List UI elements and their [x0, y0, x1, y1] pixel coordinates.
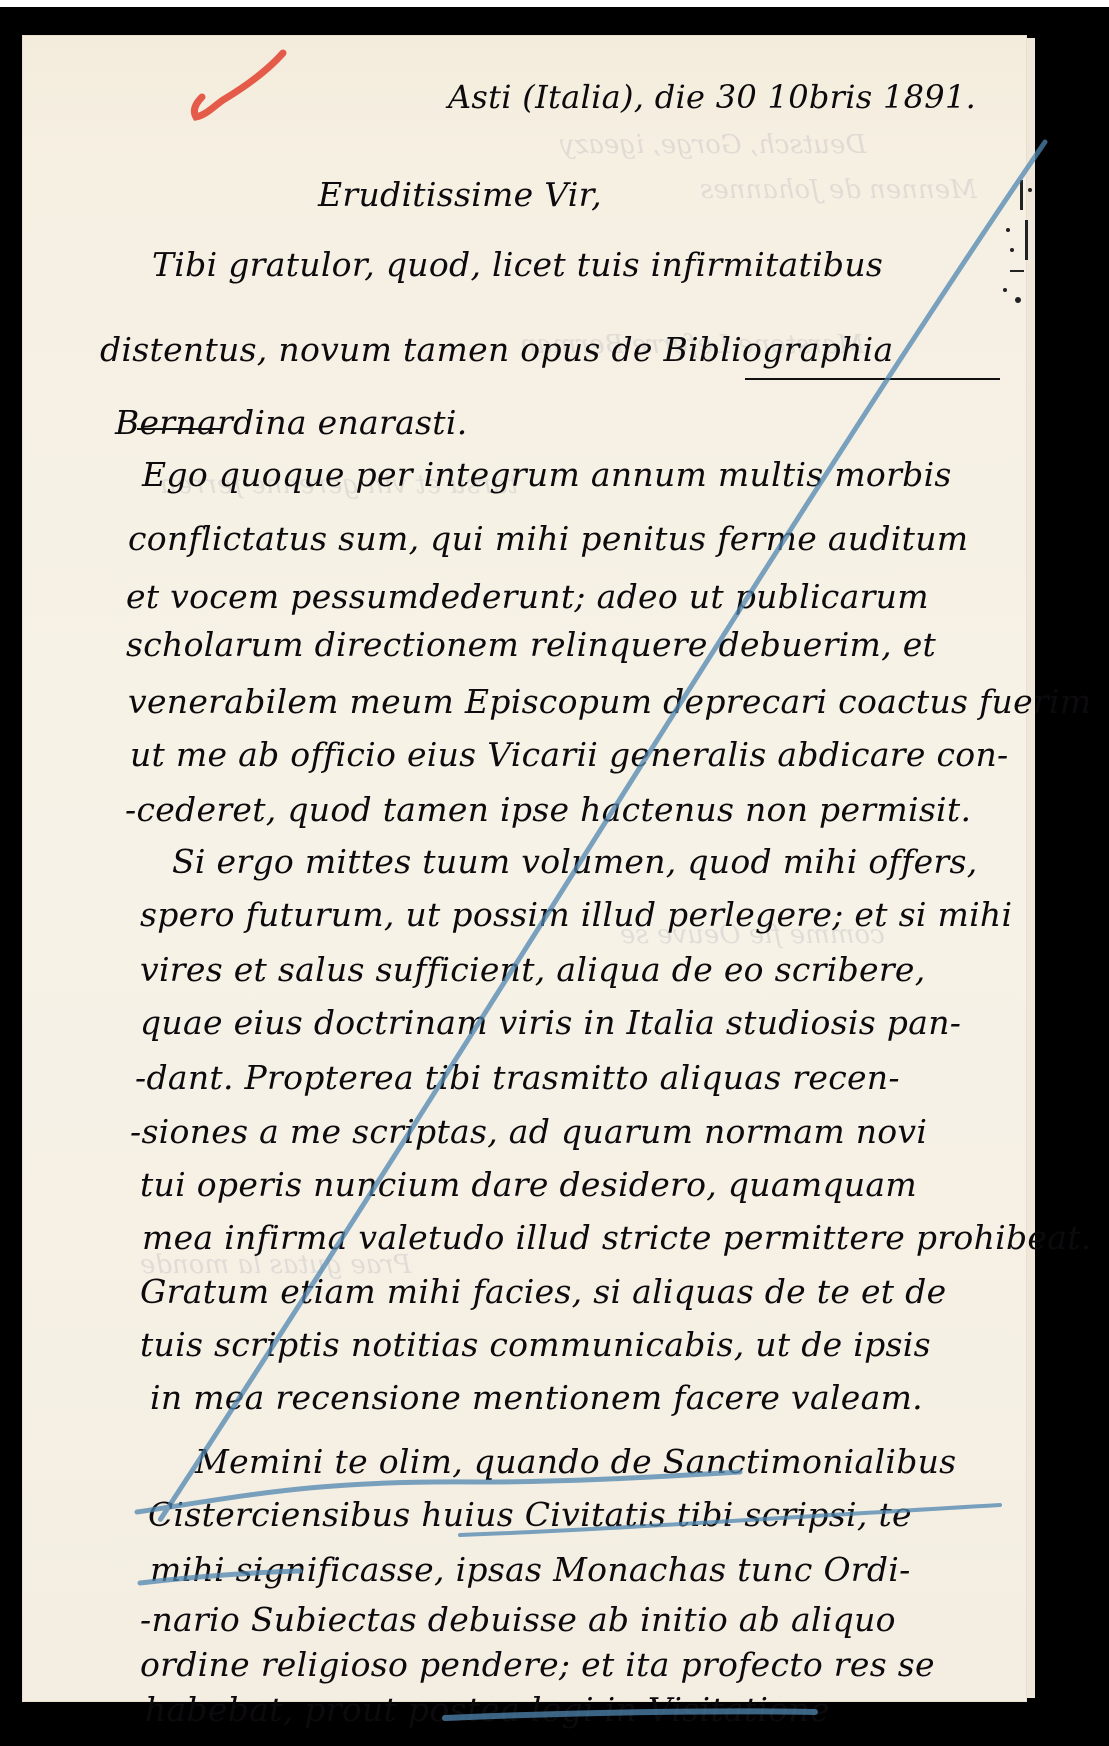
letter-line: vires et salus sufficient, aliqua de eo …	[140, 950, 926, 989]
letter-line: et vocem pessumdederunt; adeo ut publica…	[126, 577, 929, 616]
letter-line: ut me ab officio eius Vicarii generalis …	[130, 735, 1008, 774]
letter-line: Tibi gratulor, quod, licet tuis infirmit…	[152, 245, 883, 284]
letter-line: tuis scriptis notitias communicabis, ut …	[140, 1325, 931, 1364]
letter-line: ordine religioso pendere; et ita profect…	[140, 1645, 935, 1684]
scan-top-margin	[0, 0, 1109, 7]
letter-line: Gratum etiam mihi facies, si aliquas de …	[140, 1272, 946, 1311]
letter-line: tui operis nuncium dare desidero, quamqu…	[140, 1165, 917, 1204]
letter-line: quae eius doctrinam viris in Italia stud…	[140, 1003, 961, 1042]
letter-line: Ego quoque per integrum annum multis mor…	[142, 455, 952, 494]
bleed-through-text: Deutsch, Gorge, igeazy	[560, 130, 866, 160]
bleed-through-text: Mennen de Johannes	[700, 175, 977, 205]
letter-line: -siones a me scriptas, ad quarum normam …	[130, 1112, 927, 1151]
letter-line: in mea recensione mentionem facere valea…	[150, 1378, 923, 1417]
letter-line: -dant. Propterea tibi trasmitto aliquas …	[135, 1058, 900, 1097]
letter-line: Bernardina enarasti.	[115, 403, 468, 442]
salutation: Eruditissime Vir,	[318, 175, 602, 214]
place-date: Asti (Italia), die 30 10bris 1891.	[448, 78, 976, 116]
ink-smudges	[1000, 170, 1040, 320]
underline-bibliographia	[745, 378, 1000, 380]
letter-line: habebat, prout postea legi in Visitation…	[145, 1690, 830, 1729]
red-pencil-mark-icon	[188, 45, 298, 135]
letter-line: mihi significasse, ipsas Monachas tunc O…	[150, 1550, 911, 1589]
underline-bernardina	[137, 428, 222, 430]
letter-line: -cederet, quod tamen ipse hactenus non p…	[125, 790, 971, 829]
letter-line: -nario Subiectas debuisse ab initio ab a…	[140, 1600, 896, 1639]
letter-line: Si ergo mittes tuum volumen, quod mihi o…	[172, 842, 978, 881]
letter-line: Memini te olim, quando de Sanctimonialib…	[195, 1442, 956, 1481]
letter-line: venerabilem meum Episcopum deprecari coa…	[128, 682, 1091, 721]
letter-line: mea infirma valetudo illud stricte permi…	[142, 1218, 1092, 1257]
letter-line: spero futurum, ut possim illud perlegere…	[140, 895, 1012, 934]
letter-line: scholarum directionem relinquere debueri…	[126, 625, 936, 664]
letter-line: distentus, novum tamen opus de Bibliogra…	[100, 330, 894, 369]
letter-line: Cisterciensibus huius Civitatis tibi scr…	[148, 1495, 912, 1534]
letter-line: conflictatus sum, qui mihi penitus ferme…	[128, 519, 968, 558]
